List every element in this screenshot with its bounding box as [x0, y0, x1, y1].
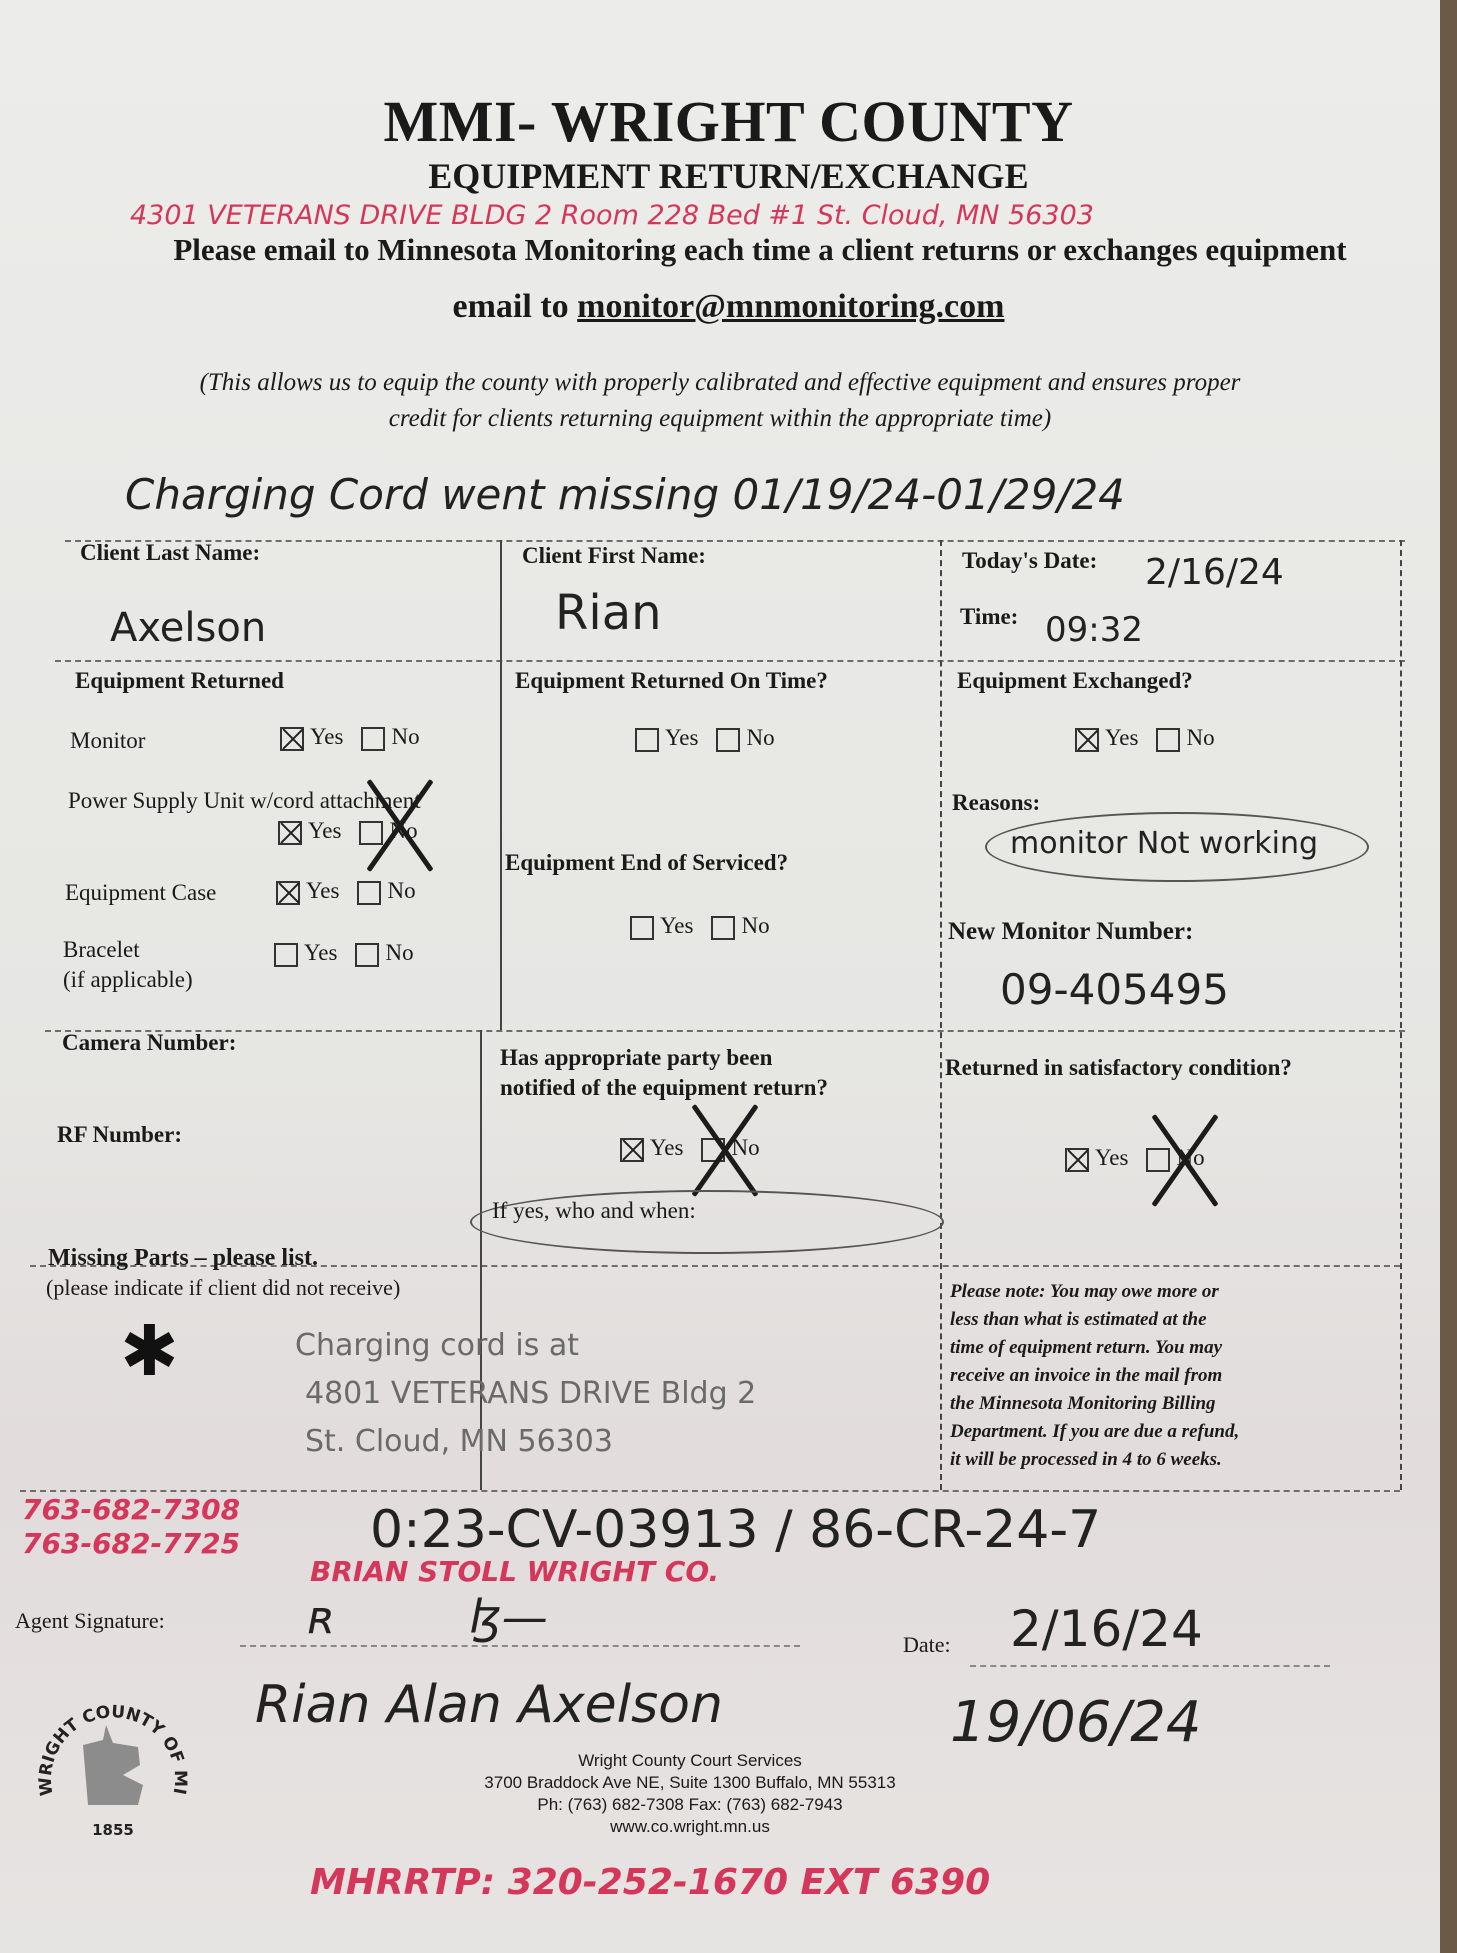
- handwritten-missing-note: Charging Cord went missing 01/19/24-01/2…: [125, 470, 1125, 519]
- email-line: email to monitor@mnmonitoring.com: [0, 288, 1457, 326]
- agent-signature-line[interactable]: [240, 1645, 800, 1647]
- exchanged-yes-checkbox[interactable]: [1075, 728, 1099, 752]
- equipment-case-options: Yes No: [276, 878, 430, 905]
- phone-number: 763-682-7725: [22, 1527, 240, 1561]
- monitor-options: Yes No: [280, 724, 434, 751]
- phone-number: 763-682-7308: [22, 1493, 240, 1527]
- agent-signature-label: Agent Signature:: [15, 1608, 165, 1634]
- missing-parts-heading: Missing Parts – please list.: [48, 1245, 318, 1272]
- on-time-no-checkbox[interactable]: [716, 728, 740, 752]
- divider: [45, 1030, 1405, 1032]
- reasons-label: Reasons:: [952, 790, 1040, 816]
- footer-phone: Ph: (763) 682-7308 Fax: (763) 682-7943: [380, 1794, 1000, 1816]
- yes-label: Yes: [660, 913, 693, 938]
- yes-label: Yes: [665, 725, 698, 750]
- power-supply-no-checkbox[interactable]: [359, 821, 383, 845]
- monitor-label: Monitor: [70, 728, 145, 754]
- purpose-note-line: credit for clients returning equipment w…: [90, 401, 1350, 437]
- client-last-name-field[interactable]: Axelson: [110, 605, 266, 651]
- column-divider: [1400, 540, 1402, 1490]
- yes-label: Yes: [650, 1135, 683, 1160]
- no-label: No: [746, 725, 774, 750]
- client-first-name-label: Client First Name:: [522, 543, 706, 569]
- rf-number-label: RF Number:: [57, 1122, 182, 1148]
- no-label: No: [731, 1135, 759, 1160]
- footer-block: Wright County Court Services 3700 Braddo…: [380, 1750, 1000, 1838]
- end-of-service-heading: Equipment End of Serviced?: [505, 850, 788, 876]
- billing-note-line: receive an invoice in the mail from: [950, 1362, 1239, 1390]
- no-label: No: [387, 878, 415, 903]
- date-line[interactable]: [970, 1665, 1330, 1667]
- time-label: Time:: [960, 604, 1018, 630]
- no-label: No: [1186, 725, 1214, 750]
- monitor-no-checkbox[interactable]: [361, 727, 385, 751]
- end-of-service-yes-checkbox[interactable]: [630, 916, 654, 940]
- notified-heading-line: notified of the equipment return?: [500, 1073, 828, 1103]
- agent-name: BRIAN STOLL WRIGHT CO.: [310, 1555, 719, 1588]
- on-time-yes-checkbox[interactable]: [635, 728, 659, 752]
- todays-date-field[interactable]: 2/16/24: [1145, 552, 1284, 593]
- equipment-case-yes-checkbox[interactable]: [276, 881, 300, 905]
- camera-number-label: Camera Number:: [62, 1030, 236, 1056]
- yes-label: Yes: [304, 940, 337, 965]
- who-when-label: If yes, who and when:: [492, 1198, 696, 1224]
- yes-label: Yes: [310, 724, 343, 749]
- new-monitor-label: New Monitor Number:: [948, 918, 1193, 946]
- agent-signature: ʀ ɮ—: [310, 1590, 548, 1644]
- yes-label: Yes: [1095, 1145, 1128, 1170]
- bracelet-label: Bracelet (if applicable): [63, 935, 193, 995]
- form-page: MMI- WRIGHT COUNTY EQUIPMENT RETURN/EXCH…: [0, 0, 1440, 1953]
- yes-label: Yes: [306, 878, 339, 903]
- bracelet-no-checkbox[interactable]: [355, 943, 379, 967]
- condition-options: Yes No: [1065, 1145, 1219, 1172]
- date-label: Date:: [903, 1632, 951, 1658]
- billing-note-line: Department. If you are due a refund,: [950, 1418, 1239, 1446]
- on-time-heading: Equipment Returned On Time?: [515, 668, 828, 694]
- exchanged-heading: Equipment Exchanged?: [957, 668, 1193, 694]
- missing-parts-field[interactable]: Charging cord is at 4801 VETERANS DRIVE …: [295, 1322, 756, 1466]
- new-monitor-field[interactable]: 09-405495: [1000, 965, 1229, 1014]
- condition-heading: Returned in satisfactory condition?: [945, 1055, 1292, 1081]
- client-first-name-field[interactable]: Rian: [555, 585, 662, 641]
- condition-yes-checkbox[interactable]: [1065, 1148, 1089, 1172]
- equipment-returned-heading: Equipment Returned: [75, 668, 284, 694]
- exchanged-no-checkbox[interactable]: [1156, 728, 1180, 752]
- billing-note-line: time of equipment return. You may: [950, 1334, 1239, 1362]
- no-label: No: [1176, 1145, 1204, 1170]
- billing-note-line: less than what is estimated at the: [950, 1306, 1239, 1334]
- end-of-service-options: Yes No: [630, 913, 784, 940]
- power-supply-options: Yes No: [278, 818, 432, 845]
- end-of-service-no-checkbox[interactable]: [711, 916, 735, 940]
- form-title: MMI- WRIGHT COUNTY: [0, 88, 1457, 155]
- todays-date-label: Today's Date:: [962, 548, 1097, 574]
- missing-parts-line: Charging cord is at: [295, 1322, 756, 1370]
- time-field[interactable]: 09:32: [1045, 610, 1143, 650]
- divider: [20, 1490, 1400, 1492]
- handwritten-address: 4301 VETERANS DRIVE BLDG 2 Room 228 Bed …: [130, 200, 1094, 231]
- column-divider: [940, 540, 942, 1490]
- exchanged-options: Yes No: [1075, 725, 1229, 752]
- monitor-yes-checkbox[interactable]: [280, 727, 304, 751]
- phone-numbers: 763-682-7308 763-682-7725: [22, 1493, 240, 1561]
- purpose-note-line: (This allows us to equip the county with…: [90, 365, 1350, 401]
- case-numbers: 0:23-CV-03913 / 86-CR-24-7: [370, 1500, 1101, 1560]
- county-seal: WRIGHT COUNTY OF MINNESOTA 1855: [28, 1685, 198, 1855]
- svg-text:1855: 1855: [92, 1821, 134, 1839]
- county-seal-icon: WRIGHT COUNTY OF MINNESOTA 1855: [28, 1685, 198, 1855]
- client-signature-date: 19/06/24: [950, 1690, 1202, 1755]
- no-label: No: [385, 940, 413, 965]
- no-label: No: [741, 913, 769, 938]
- bracelet-yes-checkbox[interactable]: [274, 943, 298, 967]
- form-subtitle: EQUIPMENT RETURN/EXCHANGE: [0, 155, 1457, 197]
- notified-options: Yes No: [620, 1135, 774, 1162]
- power-supply-yes-checkbox[interactable]: [278, 821, 302, 845]
- billing-note-line: it will be processed in 4 to 6 weeks.: [950, 1446, 1239, 1474]
- equipment-case-label: Equipment Case: [65, 880, 216, 906]
- bracelet-label-text: Bracelet: [63, 935, 193, 965]
- reasons-field[interactable]: monitor Not working: [1010, 826, 1318, 861]
- footer-org: Wright County Court Services: [380, 1750, 1000, 1772]
- no-label: No: [389, 818, 417, 843]
- missing-parts-line: St. Cloud, MN 56303: [305, 1418, 756, 1466]
- notified-yes-checkbox[interactable]: [620, 1138, 644, 1162]
- no-label: No: [391, 724, 419, 749]
- missing-parts-subheading: (please indicate if client did not recei…: [46, 1275, 400, 1301]
- notified-heading-line: Has appropriate party been: [500, 1043, 828, 1073]
- divider: [55, 660, 1405, 662]
- notified-heading: Has appropriate party been notified of t…: [500, 1043, 828, 1103]
- divider: [65, 540, 1405, 542]
- footer-address: 3700 Braddock Ave NE, Suite 1300 Buffalo…: [380, 1772, 1000, 1794]
- mhrtp-number: MHRRTP: 320-252-1670 EXT 6390: [310, 1862, 990, 1903]
- instruction-text: Please email to Minnesota Monitoring eac…: [95, 232, 1425, 268]
- bracelet-sublabel: (if applicable): [63, 965, 193, 995]
- column-divider: [500, 540, 502, 1030]
- billing-note: Please note: You may owe more or less th…: [950, 1278, 1239, 1474]
- client-signature: Rian Alan Axelson: [255, 1675, 723, 1735]
- email-prefix: email to: [453, 288, 569, 325]
- billing-note-line: Please note: You may owe more or: [950, 1278, 1239, 1306]
- notified-no-checkbox[interactable]: [701, 1138, 725, 1162]
- yes-label: Yes: [1105, 725, 1138, 750]
- client-last-name-label: Client Last Name:: [80, 540, 260, 566]
- footer-website[interactable]: www.co.wright.mn.us: [380, 1816, 1000, 1838]
- missing-parts-line: 4801 VETERANS DRIVE Bldg 2: [305, 1370, 756, 1418]
- asterisk-mark: ✱: [120, 1310, 179, 1392]
- bracelet-options: Yes No: [274, 940, 428, 967]
- equipment-case-no-checkbox[interactable]: [357, 881, 381, 905]
- billing-note-line: the Minnesota Monitoring Billing: [950, 1390, 1239, 1418]
- purpose-note: (This allows us to equip the county with…: [90, 365, 1350, 437]
- signature-date: 2/16/24: [1010, 1600, 1203, 1658]
- email-link[interactable]: monitor@mnmonitoring.com: [577, 288, 1004, 325]
- condition-no-checkbox[interactable]: [1146, 1148, 1170, 1172]
- yes-label: Yes: [308, 818, 341, 843]
- power-supply-label: Power Supply Unit w/cord attachment: [68, 788, 421, 814]
- on-time-options: Yes No: [635, 725, 789, 752]
